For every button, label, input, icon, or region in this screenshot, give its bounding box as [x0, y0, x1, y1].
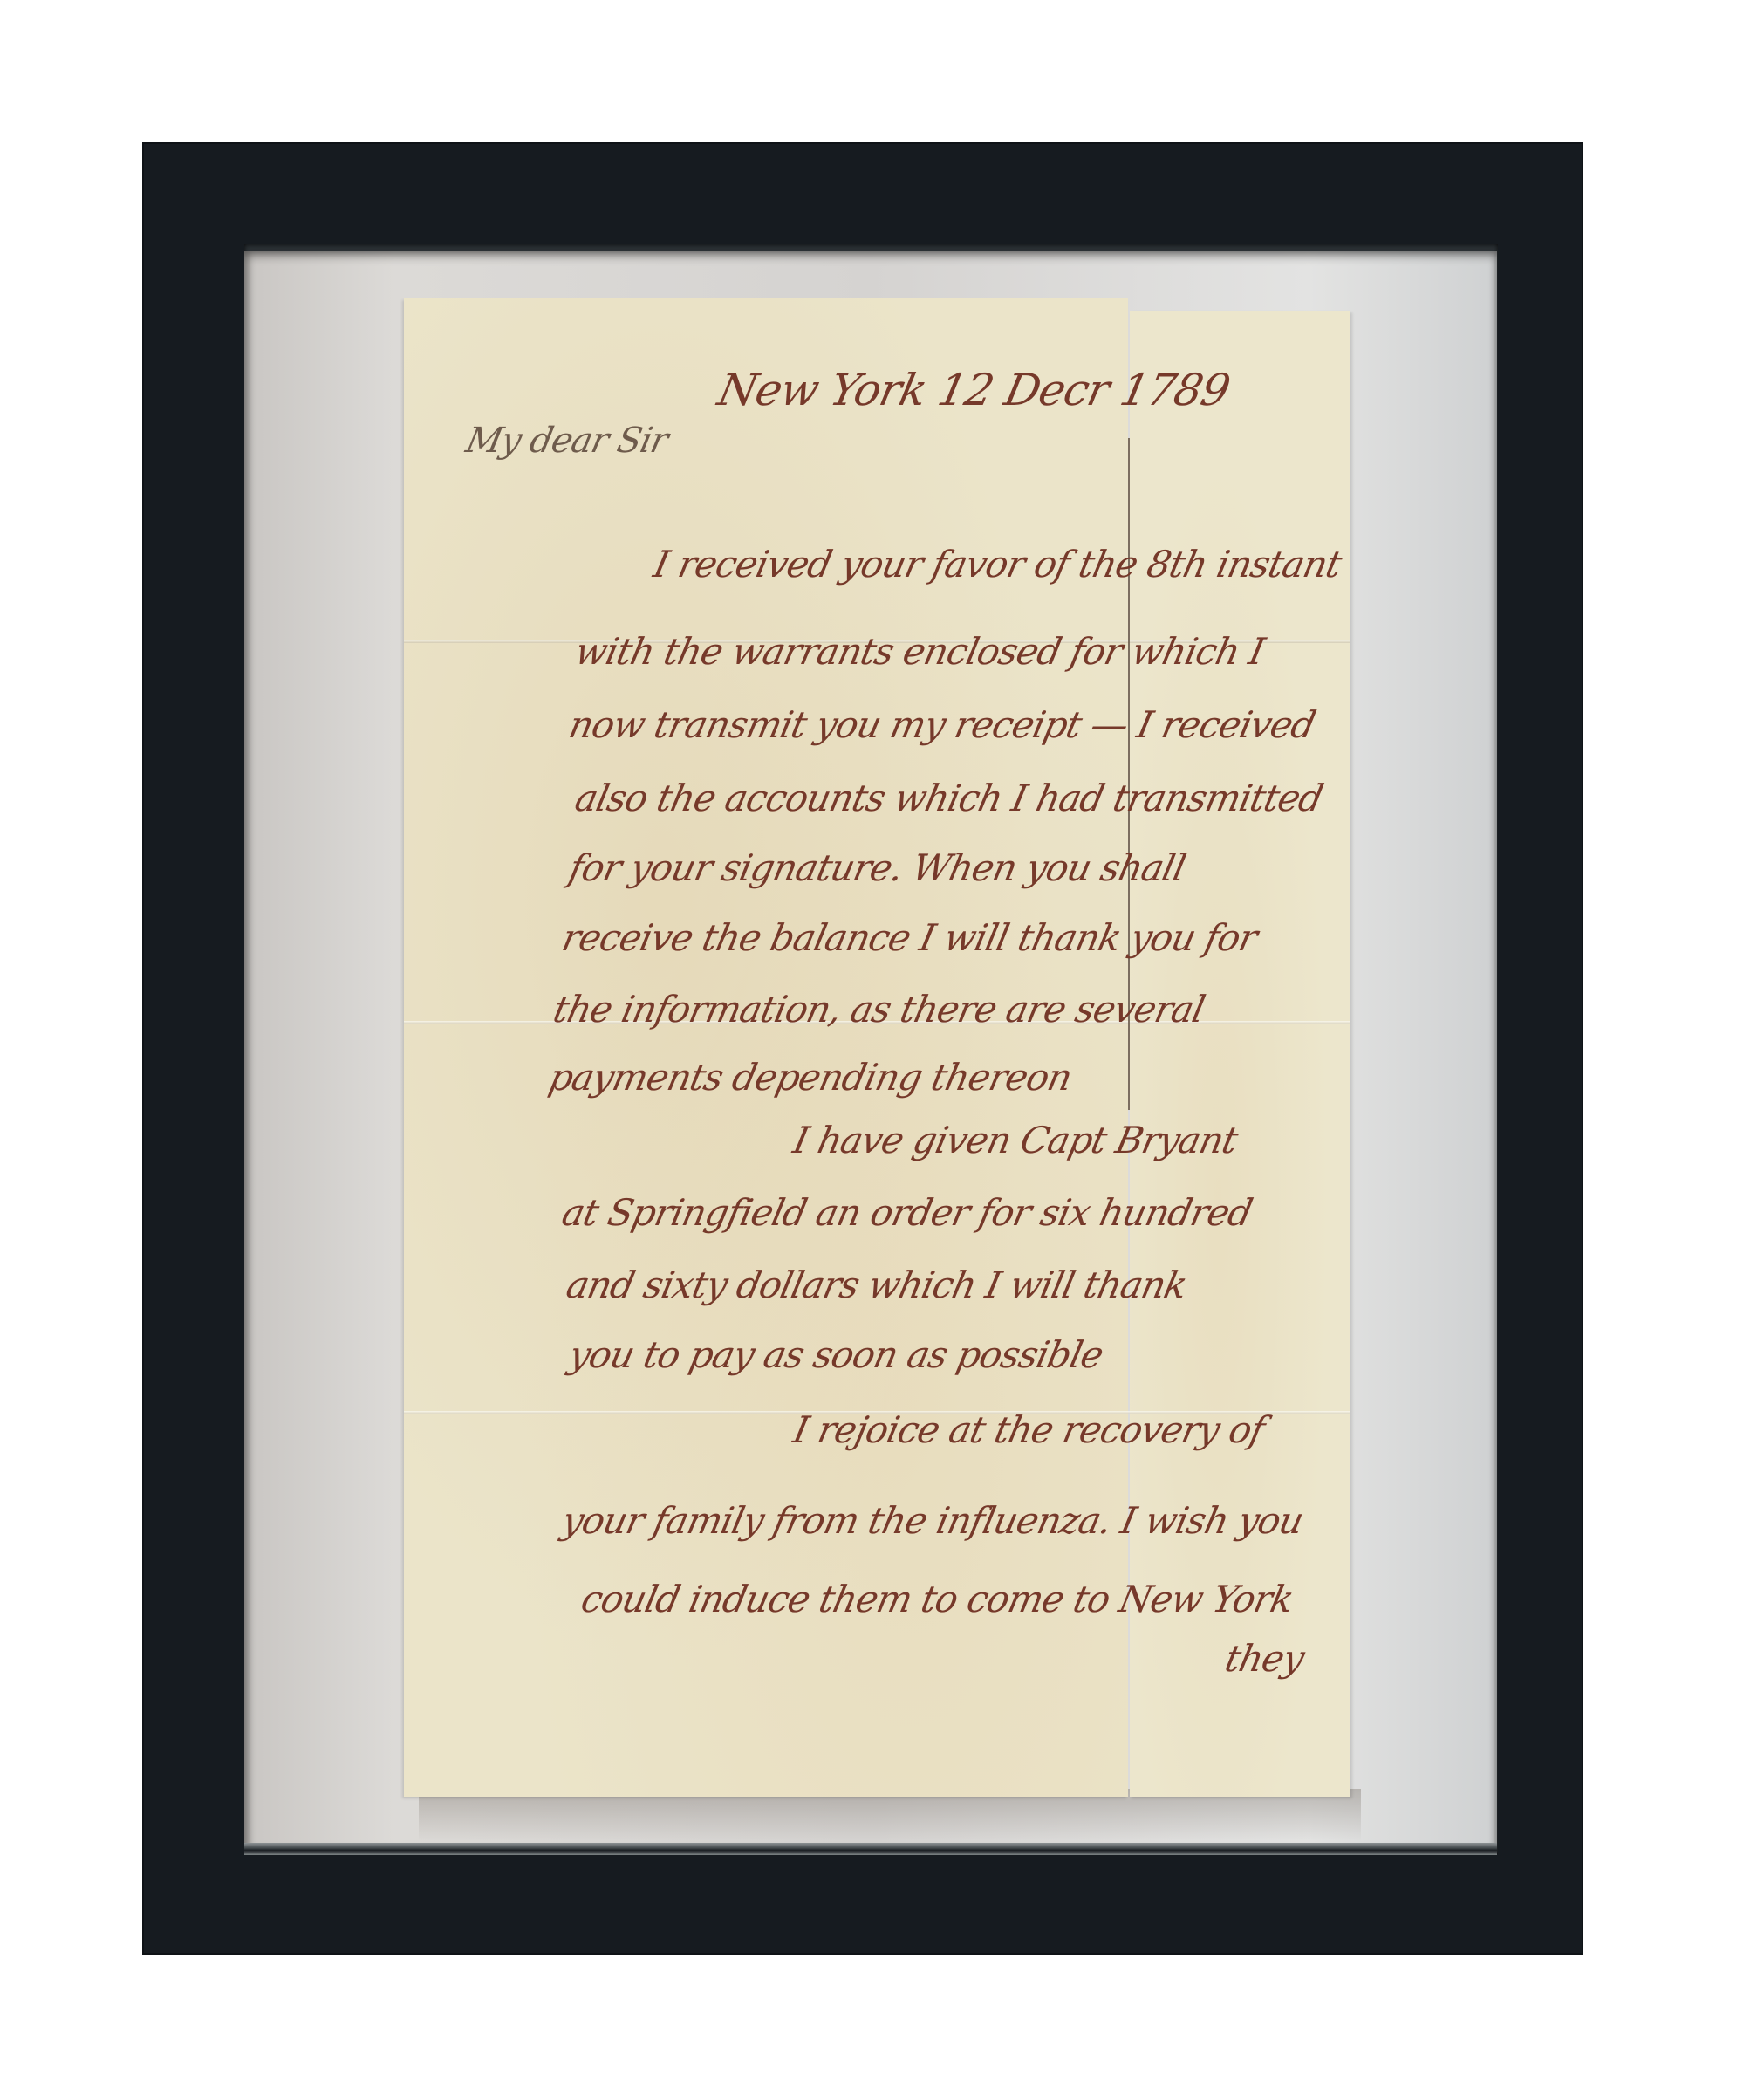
letter-line: with the warrants enclosed for which I [571, 630, 1268, 673]
letter-line: I rejoice at the recovery of [790, 1408, 1268, 1451]
letter-page-fold-flap [1130, 311, 1350, 1797]
letter-line: for your signature. When you shall [565, 846, 1189, 889]
letter-line: receive the balance I will thank you for [558, 916, 1261, 959]
letter-salutation: My dear Sir [462, 421, 671, 461]
letter-page [404, 298, 1128, 1797]
glass-edge [244, 1843, 1497, 1855]
letter-line: at Springfield an order for six hundred [558, 1191, 1255, 1234]
letter-dateline: New York 12 Decr 1789 [714, 365, 1234, 415]
letter-line: I have given Capt Bryant [790, 1119, 1241, 1161]
letter-catchword: they [1221, 1637, 1308, 1680]
letter-line: the information, as there are several [550, 988, 1208, 1031]
letter-line: also the accounts which I had transmitte… [571, 777, 1326, 819]
letter-line: payments depending thereon [545, 1056, 1076, 1099]
paper-shadow [419, 1789, 1361, 1841]
letter-line: and sixty dollars which I will thank [563, 1264, 1191, 1306]
letter-line: I received your favor of the 8th instant [650, 543, 1345, 586]
letter-line: could induce them to come to New York [578, 1578, 1297, 1620]
letter-line: you to pay as soon as possible [565, 1333, 1107, 1376]
letter-line: now transmit you my receipt — I received [565, 703, 1319, 746]
letter-line: your family from the influenza. I wish y… [558, 1499, 1307, 1542]
